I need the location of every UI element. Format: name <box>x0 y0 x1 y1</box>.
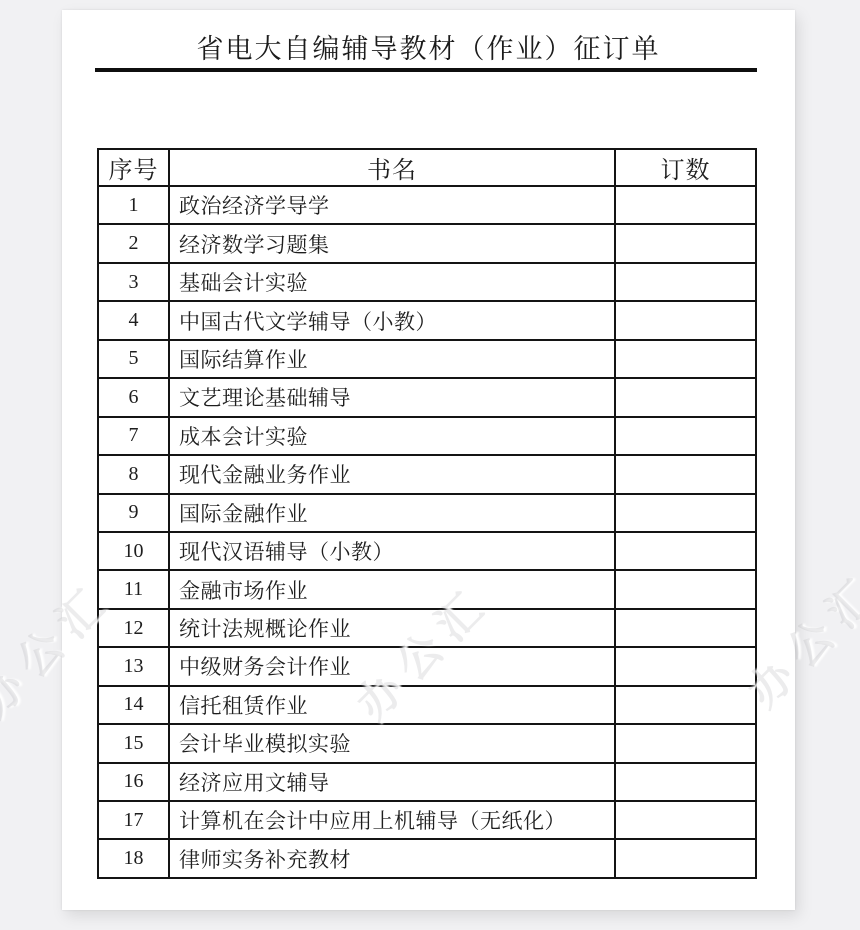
book-title-cell: 计算机在会计中应用上机辅导（无纸化） <box>169 801 615 839</box>
order-qty-cell <box>615 647 756 685</box>
book-title-cell: 现代金融业务作业 <box>169 455 615 493</box>
table-row: 14信托租赁作业 <box>98 686 756 724</box>
document-canvas: 省电大自编辅导教材（作业）征订单 序号 书名 订数 1政治经济学导学2经济数学习… <box>0 0 860 930</box>
row-index-cell: 6 <box>98 378 169 416</box>
row-index-cell: 5 <box>98 340 169 378</box>
book-title-cell: 信托租赁作业 <box>169 686 615 724</box>
row-index-cell: 10 <box>98 532 169 570</box>
table-row: 2经济数学习题集 <box>98 224 756 262</box>
book-title-cell: 政治经济学导学 <box>169 186 615 224</box>
table-row: 3基础会计实验 <box>98 263 756 301</box>
table-row: 13中级财务会计作业 <box>98 647 756 685</box>
row-index-cell: 7 <box>98 417 169 455</box>
book-title-cell: 现代汉语辅导（小教） <box>169 532 615 570</box>
book-title-cell: 中级财务会计作业 <box>169 647 615 685</box>
table-header-row: 序号 书名 订数 <box>98 149 756 186</box>
book-title-cell: 律师实务补充教材 <box>169 839 615 878</box>
document-page: 省电大自编辅导教材（作业）征订单 序号 书名 订数 1政治经济学导学2经济数学习… <box>62 10 795 910</box>
order-qty-cell <box>615 494 756 532</box>
table-row: 9国际金融作业 <box>98 494 756 532</box>
book-title-cell: 国际金融作业 <box>169 494 615 532</box>
order-qty-cell <box>615 839 756 878</box>
row-index-cell: 4 <box>98 301 169 339</box>
order-qty-cell <box>615 686 756 724</box>
order-qty-cell <box>615 186 756 224</box>
table-row: 18律师实务补充教材 <box>98 839 756 878</box>
column-header-qty: 订数 <box>615 149 756 186</box>
order-qty-cell <box>615 763 756 801</box>
book-title-cell: 成本会计实验 <box>169 417 615 455</box>
order-qty-cell <box>615 570 756 608</box>
row-index-cell: 12 <box>98 609 169 647</box>
table-row: 15会计毕业模拟实验 <box>98 724 756 762</box>
order-qty-cell <box>615 455 756 493</box>
order-qty-cell <box>615 378 756 416</box>
row-index-cell: 11 <box>98 570 169 608</box>
order-table: 序号 书名 订数 1政治经济学导学2经济数学习题集3基础会计实验4中国古代文学辅… <box>97 148 757 879</box>
row-index-cell: 1 <box>98 186 169 224</box>
order-qty-cell <box>615 609 756 647</box>
book-title-cell: 经济应用文辅导 <box>169 763 615 801</box>
page-title: 省电大自编辅导教材（作业）征订单 <box>62 32 795 66</box>
table-row: 17计算机在会计中应用上机辅导（无纸化） <box>98 801 756 839</box>
table-row: 16经济应用文辅导 <box>98 763 756 801</box>
book-title-cell: 统计法规概论作业 <box>169 609 615 647</box>
row-index-cell: 2 <box>98 224 169 262</box>
table-row: 11金融市场作业 <box>98 570 756 608</box>
book-title-cell: 国际结算作业 <box>169 340 615 378</box>
table-row: 4中国古代文学辅导（小教） <box>98 301 756 339</box>
row-index-cell: 16 <box>98 763 169 801</box>
book-title-cell: 基础会计实验 <box>169 263 615 301</box>
order-qty-cell <box>615 340 756 378</box>
table-row: 12统计法规概论作业 <box>98 609 756 647</box>
column-header-index: 序号 <box>98 149 169 186</box>
row-index-cell: 3 <box>98 263 169 301</box>
order-qty-cell <box>615 801 756 839</box>
order-qty-cell <box>615 301 756 339</box>
row-index-cell: 8 <box>98 455 169 493</box>
book-title-cell: 金融市场作业 <box>169 570 615 608</box>
row-index-cell: 15 <box>98 724 169 762</box>
table-row: 5国际结算作业 <box>98 340 756 378</box>
order-qty-cell <box>615 724 756 762</box>
table-row: 7成本会计实验 <box>98 417 756 455</box>
row-index-cell: 9 <box>98 494 169 532</box>
row-index-cell: 17 <box>98 801 169 839</box>
table-row: 1政治经济学导学 <box>98 186 756 224</box>
book-title-cell: 文艺理论基础辅导 <box>169 378 615 416</box>
title-underline <box>95 68 757 72</box>
row-index-cell: 14 <box>98 686 169 724</box>
book-title-cell: 会计毕业模拟实验 <box>169 724 615 762</box>
table-row: 10现代汉语辅导（小教） <box>98 532 756 570</box>
order-qty-cell <box>615 224 756 262</box>
book-title-cell: 经济数学习题集 <box>169 224 615 262</box>
table-row: 8现代金融业务作业 <box>98 455 756 493</box>
column-header-book: 书名 <box>169 149 615 186</box>
row-index-cell: 18 <box>98 839 169 878</box>
order-qty-cell <box>615 417 756 455</box>
row-index-cell: 13 <box>98 647 169 685</box>
book-title-cell: 中国古代文学辅导（小教） <box>169 301 615 339</box>
table-row: 6文艺理论基础辅导 <box>98 378 756 416</box>
order-qty-cell <box>615 532 756 570</box>
order-qty-cell <box>615 263 756 301</box>
